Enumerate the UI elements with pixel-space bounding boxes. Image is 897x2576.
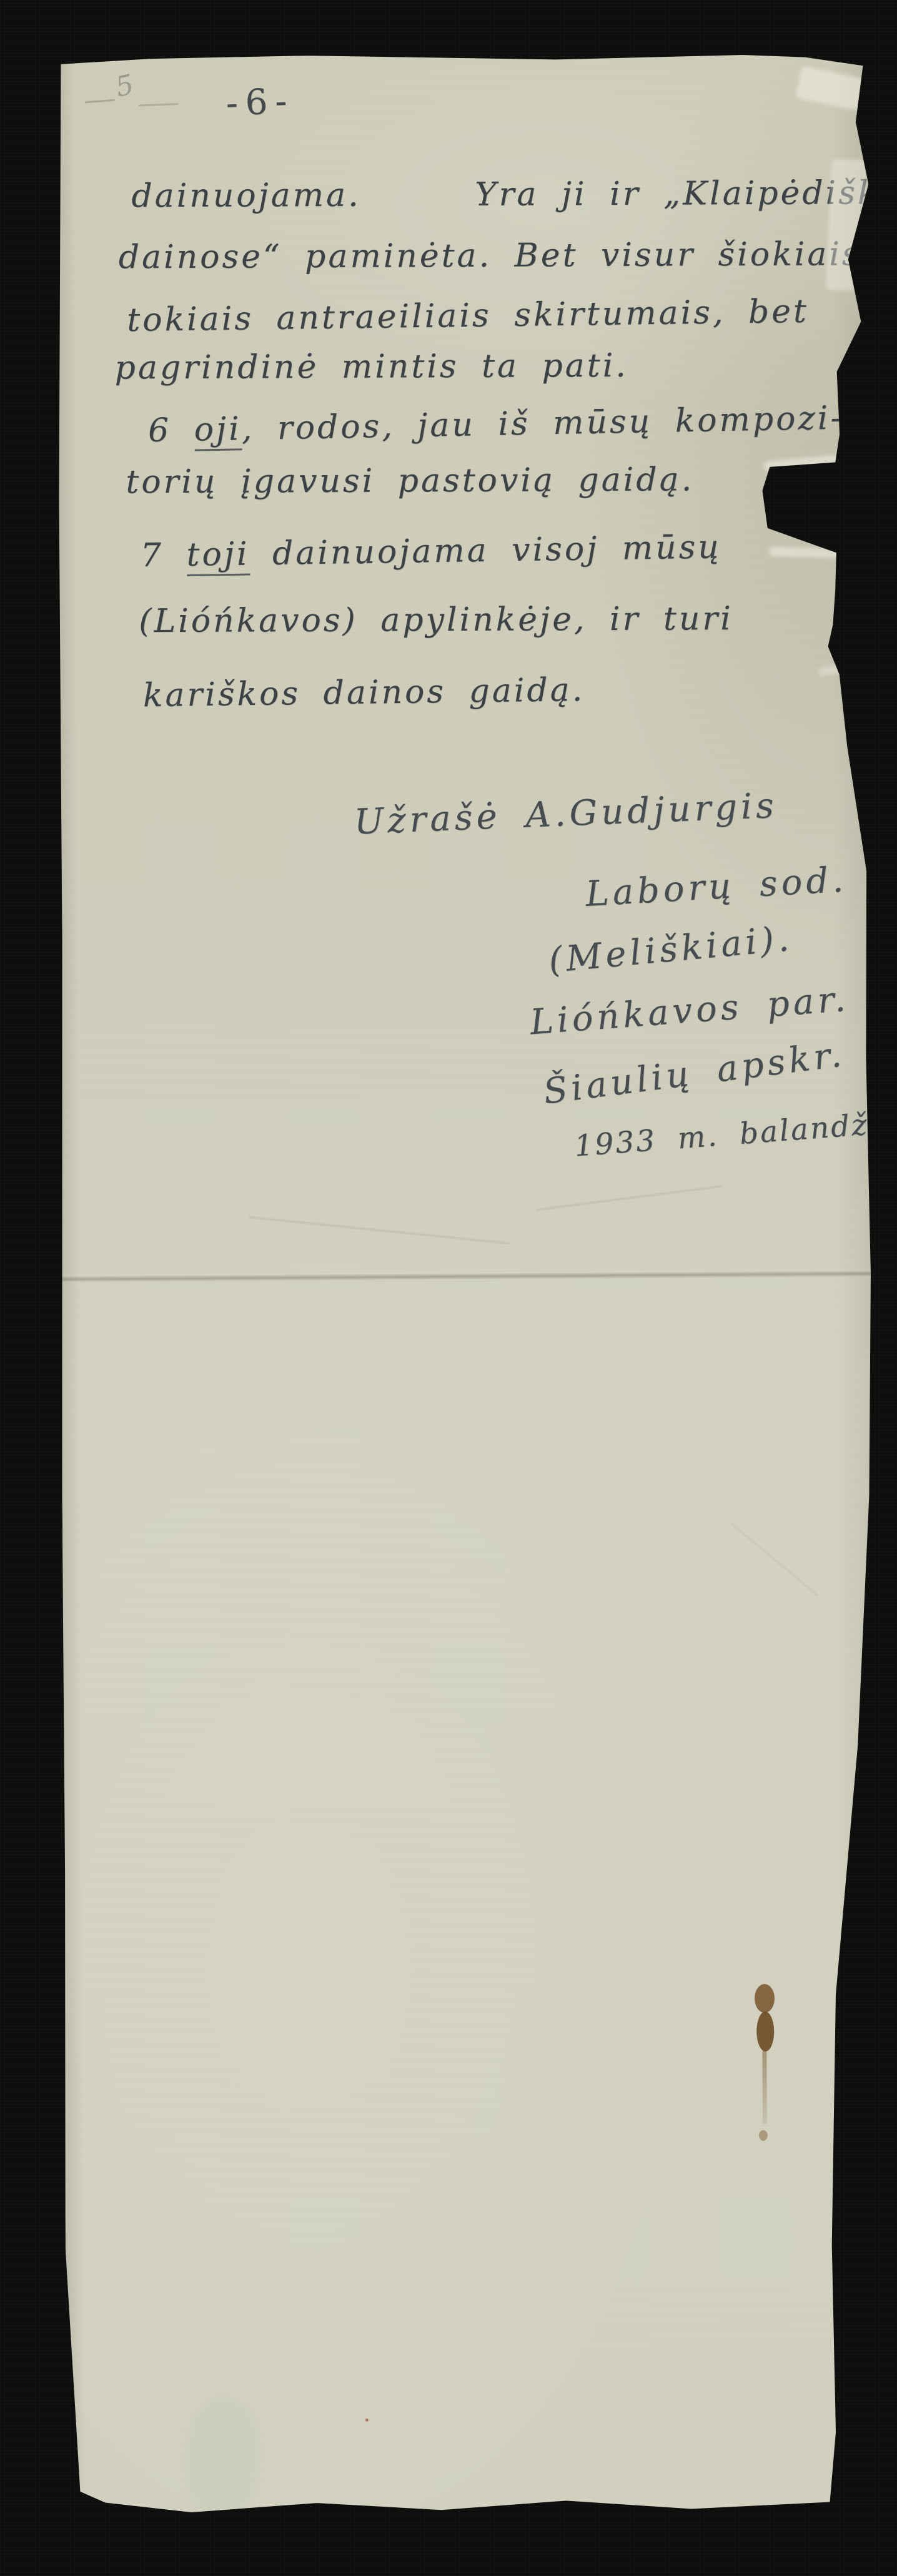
signature-date: 1933 m. balandž. m.: [573, 1101, 897, 1165]
handwritten-line-2: dainose“ paminėta. Bet visur šiokiais: [119, 234, 861, 278]
fold-crease: [61, 1269, 873, 1282]
line-7-underlined-word: toji: [186, 536, 250, 576]
handwritten-line-9: kariškos dainos gaidą.: [142, 670, 585, 716]
torn-edge-fiber: [818, 662, 856, 676]
red-speck: [365, 2419, 369, 2422]
torn-edge-fiber: [769, 547, 850, 559]
signature-parish: Lióńkavos par.: [528, 978, 851, 1045]
torn-edge-fiber: [826, 159, 868, 292]
handwritten-line-4: pagrindinė mintis ta pati.: [114, 346, 628, 389]
page-number: -6-: [225, 81, 295, 124]
paper-stain: [756, 2012, 774, 2052]
line-7-rest: dainuojama visoj mūsų: [249, 528, 721, 573]
paper-wrinkle: [730, 1523, 818, 1596]
signature-recorder-name: Užrašė A.Gudjurgis: [354, 784, 778, 845]
handwritten-line-5: 6 oji, rodos, jau iš mūsų kompozi-: [147, 398, 844, 451]
paper-stain-tail: [762, 2050, 767, 2124]
line-7-prefix: 7: [140, 536, 187, 574]
signature-county: Šiaulių apskr.: [541, 1033, 848, 1114]
paper-wrinkle: [249, 1216, 510, 1245]
paper-stain-dot: [759, 2130, 768, 2141]
manuscript-page: 5 -6- dainuojama. Yra ji ir „Klaipėdiški…: [56, 53, 878, 2517]
pencil-dash-mark: [139, 103, 179, 107]
handwritten-line-6: torių įgavusi pastovią gaidą.: [126, 460, 694, 503]
line-5-underlined-word: oji: [194, 410, 242, 451]
pencil-scribble: 5: [113, 69, 137, 104]
pencil-dash-mark: [85, 99, 115, 104]
signature-village: Laborų sod.: [585, 858, 848, 917]
handwritten-line-3: tokiais antraeiliais skirtumais, bet: [127, 292, 809, 341]
torn-edge-fiber: [763, 455, 840, 471]
torn-edge-fiber: [795, 66, 865, 111]
handwritten-line-7: 7 toji dainuojama visoj mūsų: [140, 527, 721, 576]
paper-stain: [755, 1984, 775, 2013]
line-5-prefix: 6: [148, 411, 195, 450]
signature-place-alt: (Meliškiai).: [547, 917, 794, 983]
line-5-rest: , rodos, jau iš mūsų kompozi-: [241, 400, 844, 448]
scanner-background: 5 -6- dainuojama. Yra ji ir „Klaipėdiški…: [0, 0, 897, 2576]
faint-smudge: [186, 2399, 260, 2514]
handwritten-line-8: (Lióńkavos) apylinkėje, ir turi: [139, 599, 733, 642]
handwritten-line-1: dainuojama. Yra ji ir „Klaipėdiškių: [131, 173, 897, 217]
paper-wrinkle: [536, 1185, 722, 1211]
